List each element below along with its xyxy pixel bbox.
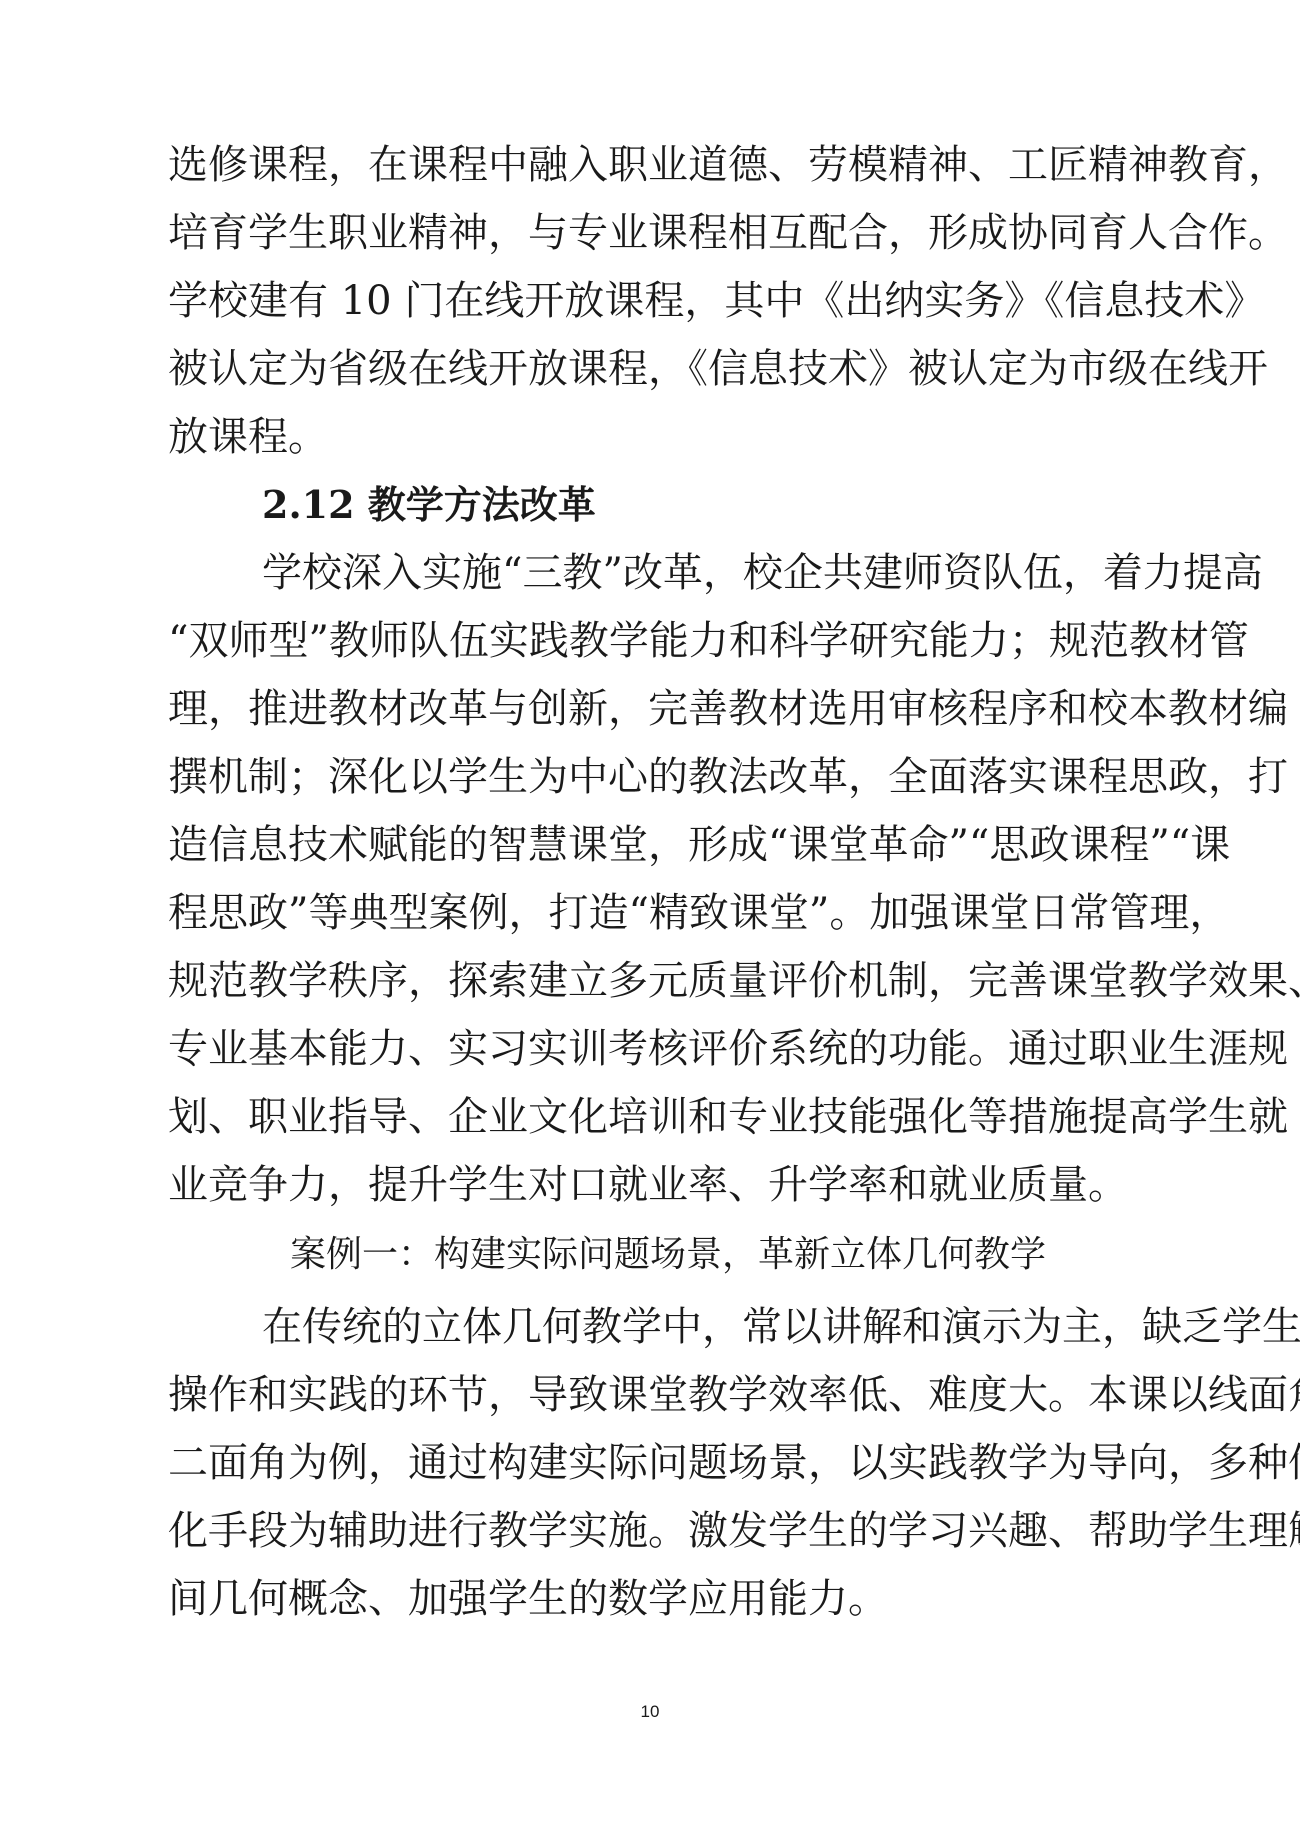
page-number: 10 bbox=[0, 1700, 1300, 1724]
paragraph-line: 选修课程，在课程中融入职业道德、劳模精神、工匠精神教育， bbox=[168, 135, 1130, 195]
paragraph-line: 学校建有 10 门在线开放课程，其中《出纳实务》《信息技术》 bbox=[168, 271, 1130, 331]
case-title: 案例一：构建实际问题场景，革新立体几何教学 bbox=[0, 1225, 1300, 1285]
paragraph-line: 划、职业指导、企业文化培训和专业技能强化等措施提高学生就 bbox=[168, 1087, 1130, 1147]
paragraph-line: 被认定为省级在线开放课程，《信息技术》被认定为市级在线开 bbox=[168, 339, 1130, 399]
paragraph-line: 规范教学秩序，探索建立多元质量评价机制，完善课堂教学效果、 bbox=[168, 951, 1130, 1011]
section-heading: 2.12 教学方法改革 bbox=[262, 475, 596, 535]
paragraph-line: 二面角为例，通过构建实际问题场景，以实践教学为导向，多种信息 bbox=[168, 1433, 1130, 1493]
document-page: 选修课程，在课程中融入职业道德、劳模精神、工匠精神教育， 培育学生职业精神，与专… bbox=[0, 0, 1300, 1838]
paragraph-line: 专业基本能力、实习实训考核评价系统的功能。通过职业生涯规 bbox=[168, 1019, 1130, 1079]
paragraph-line: 化手段为辅助进行教学实施。激发学生的学习兴趣、帮助学生理解空 bbox=[168, 1501, 1130, 1561]
paragraph-line: 业竞争力，提升学生对口就业率、升学率和就业质量。 bbox=[168, 1155, 1130, 1215]
paragraph-line: “双师型”教师队伍实践教学能力和科学研究能力；规范教材管 bbox=[168, 611, 1130, 671]
paragraph-line: 间几何概念、加强学生的数学应用能力。 bbox=[168, 1569, 1130, 1629]
paragraph-line: 理，推进教材改革与创新，完善教材选用审核程序和校本教材编 bbox=[168, 679, 1130, 739]
paragraph-line: 造信息技术赋能的智慧课堂，形成“课堂革命”“思政课程”“课 bbox=[168, 815, 1130, 875]
paragraph-line: 程思政”等典型案例，打造“精致课堂”。加强课堂日常管理， bbox=[168, 883, 1130, 943]
paragraph-line: 放课程。 bbox=[168, 407, 1130, 467]
paragraph-line: 在传统的立体几何教学中，常以讲解和演示为主，缺乏学生实际 bbox=[262, 1297, 1130, 1357]
paragraph-line: 操作和实践的环节，导致课堂教学效率低、难度大。本课以线面角与 bbox=[168, 1365, 1130, 1425]
paragraph-line: 培育学生职业精神，与专业课程相互配合，形成协同育人合作。 bbox=[168, 203, 1130, 263]
paragraph-line: 撰机制；深化以学生为中心的教法改革，全面落实课程思政，打 bbox=[168, 747, 1130, 807]
paragraph-line: 学校深入实施“三教”改革，校企共建师资队伍，着力提高 bbox=[262, 543, 1130, 603]
